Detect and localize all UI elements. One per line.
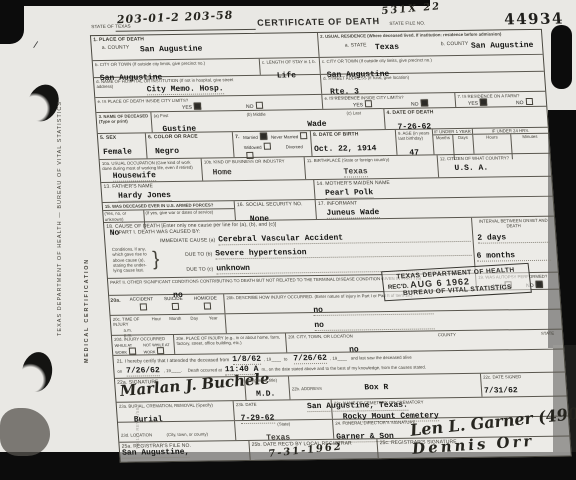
- mother-name-cell: 14. MOTHER'S MAIDEN NAME Pearl Polk: [314, 177, 552, 199]
- place-of-injury-cell: 20e. PLACE OF INJURY (e.g., in or about …: [174, 333, 287, 354]
- margin-medical-certification-vertical-text: MEDICAL CERTIFICATION: [84, 258, 90, 363]
- farm-no-label: NO: [516, 100, 524, 106]
- handwritten-registration-code: 203-01-2 203-58: [116, 9, 234, 27]
- hospital-value: City Memo. Hosp.: [146, 84, 224, 95]
- homicide-label: HOMICIDE: [194, 295, 217, 300]
- burial-state-sub: (State): [237, 421, 330, 428]
- race-value: Negro: [155, 147, 180, 156]
- to-word: to: [284, 356, 288, 361]
- injury-occurred-label: 20d. INJURY OCCURRED: [114, 336, 171, 342]
- armed-forces-cell: 15. WAS DECEASED EVER IN U.S. ARMED FORC…: [103, 201, 236, 222]
- pod-yes-label: YES: [182, 105, 192, 111]
- res-inside-limits-label: e. IS RESIDENCE INSIDE CITY LIMITS?: [324, 94, 452, 101]
- burial-type-cell: 23a. BURIAL, CREMATION, REMOVAL (Specify…: [117, 401, 235, 422]
- ssn-cell: 16. SOCIAL SECURITY NO. None: [235, 200, 317, 220]
- cemetery-label: 23c. NAME OF CEMETERY OR CREMATORY: [334, 398, 565, 407]
- if-under-1-year-cell: IF UNDER 1 YEAR Months Days: [433, 129, 475, 155]
- sex-cell: 5. SEX Female: [98, 133, 148, 159]
- armed-sub2-label: (If yes, give war or dates of service): [145, 210, 233, 217]
- place-of-death-cell: 1. PLACE OF DEATH a. COUNTY San Augustin…: [91, 33, 320, 60]
- length-of-stay-cell: c. LENGTH OF STAY in 1 b. Life: [260, 58, 321, 75]
- race-label: 6. COLOR OR RACE: [148, 133, 230, 140]
- time-of-injury-label: 20c. TIME OF INJURY: [113, 316, 148, 327]
- injury-occurred-cell: 20d. INJURY OCCURRED WHILE AT WORK NOT W…: [112, 335, 175, 355]
- middle-name-label: (b) Middle: [246, 111, 342, 118]
- date-of-death-cell: 4. DATE OF DEATH 7-26-62: [384, 107, 547, 129]
- widowed-label: Widowed: [244, 144, 262, 149]
- birthplace-label: 11. BIRTHPLACE (State or foreign country…: [307, 156, 435, 163]
- state-file-no-label: STATE FILE NO.: [389, 20, 425, 26]
- degree-cell: (Degree or title) M.D.: [245, 376, 291, 400]
- burial-type-label: 23a. BURIAL, CREMATION, REMOVAL (Specify…: [119, 402, 231, 409]
- registrar-file-cell: 25a. REGISTRAR'S FILE NO.: [119, 441, 250, 462]
- burial-location-sub: (City, town, or county): [166, 432, 208, 438]
- interval-a-value: 2 days: [477, 233, 550, 244]
- age-label: 9. AGE (in years last birthday): [398, 130, 431, 141]
- residence-county-value: San Augustine: [471, 41, 534, 51]
- occupation-label: 10a. USUAL OCCUPATION (Give kind of work…: [102, 160, 200, 172]
- due-to-b-value: Severe hypertension: [215, 246, 472, 260]
- residence-county-label: b. COUNTY: [441, 41, 469, 47]
- widowed-checkbox: [263, 142, 270, 149]
- date-signed-cell: 22c. DATE SIGNED 7/31/62: [481, 373, 567, 397]
- burial-location-label: 23d. LOCATION: [121, 432, 153, 437]
- place-city-cell: b. CITY OR TOWN (If outside city limits,…: [93, 59, 261, 77]
- never-married-label: Never Married: [271, 134, 299, 139]
- occupation-cell: 10a. USUAL OCCUPATION (Give kind of work…: [100, 159, 204, 182]
- last-name-cell: (c) Last: [344, 109, 385, 130]
- physician-signature-cell: 22a. SIGNATURE Marlan J. Buchele: [115, 377, 247, 402]
- physician-address-label: 22b. ADDRESS: [292, 386, 322, 391]
- autopsy-no-checkbox: [535, 281, 542, 288]
- never-married-checkbox: [300, 132, 307, 139]
- birthplace-cell: 11. BIRTHPLACE (State or foreign country…: [305, 155, 440, 179]
- place-of-death-heading: 1. PLACE OF DEATH: [93, 34, 315, 43]
- attended-from-date: 1/8/62: [232, 355, 262, 365]
- registrar-file-label: 25a. REGISTRAR'S FILE NO.: [121, 442, 246, 450]
- informant-cell: 17. INFORMANT Juneus Wade: [316, 197, 554, 219]
- injury-location-cell: 20f. CITY, TOWN, OR LOCATION COUNTY STAT…: [286, 330, 563, 353]
- physician-address-line1: Box R: [364, 383, 389, 392]
- armed-sub1-label: (Yes, no, or unknown): [104, 211, 143, 222]
- pod-no-checkbox: [255, 102, 262, 109]
- usual-residence-cell: 2. USUAL RESIDENCE (Where deceased lived…: [318, 30, 543, 57]
- mother-name-value: Pearl Polk: [325, 188, 374, 199]
- ssn-label: 16. SOCIAL SECURITY NO.: [237, 201, 313, 208]
- citizen-label: 12. CITIZEN OF WHAT COUNTRY?: [440, 155, 548, 162]
- date-of-death-label: 4. DATE OF DEATH: [386, 108, 544, 116]
- divorced-label: Divorced: [286, 144, 303, 149]
- accident-label: ACCIDENT: [129, 296, 153, 301]
- conditions-note: Conditions, if any, which gave rise to a…: [108, 246, 154, 276]
- date-signed-label: 22c. DATE SIGNED: [483, 374, 563, 380]
- place-of-injury-label: 20e. PLACE OF INJURY (e.g., in or about …: [176, 334, 284, 346]
- date-signed-value: 7/31/62: [484, 387, 518, 396]
- form-grid: 1. PLACE OF DEATH a. COUNTY San Augustin…: [90, 29, 572, 463]
- street-address-cell: d. STREET ADDRESS (If rural, give locati…: [321, 72, 545, 94]
- pod-yes-checkbox: [194, 103, 201, 110]
- if-under-24-hrs-cell: IF UNDER 24 HRS. Hours Minutes: [473, 128, 550, 154]
- residence-farm-cell: 7. IS RESIDENCE ON A FARM? YES NO: [455, 92, 546, 107]
- marital-label: 7.: [235, 134, 240, 140]
- time-of-injury-value: no: [314, 319, 435, 331]
- pen-tick: /: [32, 40, 38, 51]
- immediate-cause-label: IMMEDIATE CAUSE (a): [107, 237, 218, 245]
- last-name-label: (c) Last: [346, 110, 381, 116]
- scanned-death-certificate: { "header": { "state_of": "STATE OF TEXA…: [0, 0, 576, 480]
- burial-location-cell: 23d. LOCATION (City, town, or county) Sa…: [118, 421, 236, 442]
- married-label: Married: [243, 135, 258, 140]
- residence-state-value: Texas: [375, 43, 400, 52]
- year-blank-3: , 19____.: [164, 368, 182, 374]
- accident-suicide-homicide-cell: 20a. ACCIDENT SUICIDE HOMICIDE: [109, 294, 225, 315]
- degree-value: M.D.: [256, 390, 276, 399]
- residence-state-label: a. STATE: [345, 42, 367, 48]
- sex-value: Female: [103, 148, 132, 157]
- scan-edge-right-blob: [551, 25, 572, 89]
- farm-yes-label: YES: [468, 101, 478, 107]
- business-value: Home: [212, 168, 232, 177]
- hole-punch-bottom: [19, 350, 55, 395]
- time-of-injury-cell: 20c. TIME OF INJURY a.m. p.m. Hour Month…: [111, 314, 227, 335]
- occupation-value: Housewife: [112, 171, 156, 182]
- residence-city-label: c. CITY OR TOWN (If outside city limits,…: [322, 56, 541, 64]
- usual-residence-heading: 2. USUAL RESIDENCE (Where deceased lived…: [320, 31, 539, 39]
- farm-yes-checkbox: [480, 99, 487, 106]
- street-address-label: d. STREET ADDRESS (If rural, give locati…: [323, 73, 542, 81]
- scan-edge-top-left-corner: [0, 0, 24, 44]
- last-seen-date: 7/26/62: [126, 366, 160, 376]
- father-name-value: Hardy Jones: [118, 191, 172, 202]
- due-to-b-label: DUE TO (b): [160, 251, 215, 258]
- last-name-value: Wade: [307, 120, 327, 129]
- injury-location-value: no: [349, 346, 359, 355]
- suicide-label: SUICIDE: [164, 296, 183, 301]
- citizen-cell: 12. CITIZEN OF WHAT COUNTRY? U.S. A.: [438, 154, 552, 178]
- date-of-birth-label: 8. DATE OF BIRTH: [313, 131, 393, 138]
- first-name-label: (a) First: [153, 112, 242, 119]
- county-value: San Augustine: [140, 45, 203, 55]
- margin-agency-vertical-text: TEXAS DEPARTMENT OF HEALTH — BUREAU OF V…: [57, 101, 63, 336]
- physician-address-cell: 22b. ADDRESS Box R San Augustine, Texas.: [289, 374, 483, 400]
- scan-smudge-bottom-left: [0, 408, 50, 456]
- father-name-cell: 13. FATHER'S NAME Hardy Jones: [101, 180, 315, 202]
- sex-label: 5. SEX: [100, 134, 143, 141]
- res-yes-label: YES: [353, 102, 363, 108]
- form-title: CERTIFICATE OF DEATH: [257, 16, 380, 28]
- degree-label: (Degree or title): [247, 377, 286, 383]
- handwritten-file-code: 531X 22: [381, 1, 442, 17]
- date-of-birth-cell: 8. DATE OF BIRTH Oct. 22, 1914: [311, 130, 398, 156]
- length-of-stay-label: c. LENGTH OF STAY in 1 b.: [262, 59, 317, 65]
- homicide-checkbox: [203, 302, 210, 309]
- burial-date-label: 23b. DATE: [236, 401, 329, 408]
- pod-inside-limits-label: e. IS PLACE OF DEATH INSIDE CITY LIMITS?: [97, 96, 319, 104]
- certificate-number: 44934: [504, 10, 565, 29]
- hospital-cell: d. NAME OF HOSPITAL OR INSTITUTION (If n…: [94, 75, 322, 97]
- suicide-checkbox: [171, 303, 178, 310]
- accident-checkbox: [139, 303, 146, 310]
- business-cell: 10b. KIND OF BUSINESS OR INDUSTRY Home: [202, 157, 307, 180]
- certify-text-3: m., on the date stated above and to the …: [261, 364, 426, 372]
- header-rule: [116, 29, 256, 32]
- residence-city-cell: c. CITY OR TOWN (If outside city limits,…: [320, 55, 544, 74]
- father-name-label: 13. FATHER'S NAME: [103, 181, 311, 190]
- res-no-checkbox: [420, 99, 427, 106]
- county-label: a. COUNTY: [102, 45, 130, 51]
- race-cell: 6. COLOR OR RACE Negro: [146, 132, 235, 158]
- while-work-checkbox: [129, 348, 136, 355]
- age-cell: 9. AGE (in years last birthday) 47: [396, 129, 435, 154]
- burial-state-cell: (State) Texas: [235, 420, 334, 440]
- business-label: 10b. KIND OF BUSINESS OR INDUSTRY: [204, 158, 302, 165]
- res-inside-limits-cell: e. IS RESIDENCE INSIDE CITY LIMITS? YES …: [322, 93, 456, 109]
- certificate-sheet: STATE OF TEXAS 203-01-2 203-58 CERTIFICA…: [88, 2, 572, 463]
- middle-name-cell: (b) Middle Wade: [244, 110, 345, 131]
- injury-county-label: COUNTY: [438, 332, 457, 338]
- year-blank-1: , 19____: [264, 357, 281, 363]
- interval-b-value: 6 months: [476, 251, 551, 262]
- farm-no-checkbox: [525, 98, 532, 105]
- informant-value: Juneus Wade: [326, 208, 380, 219]
- marital-status-cell: 7. Married Never Married Widowed Divorce…: [233, 131, 313, 157]
- injury-state-label: STATE: [541, 331, 561, 337]
- name-of-deceased-label: 3. NAME OF DECEASED (Type or print): [98, 113, 149, 124]
- burial-date-cell: 23b. DATE 7-29-62: [234, 400, 333, 420]
- informant-label: 17. INFORMANT: [318, 198, 551, 207]
- res-no-label: NO: [411, 102, 419, 108]
- citizen-value: U.S. A.: [454, 164, 488, 173]
- injury-location-label: 20f. CITY, TOWN, OR LOCATION: [288, 333, 353, 339]
- not-while-work-checkbox: [157, 347, 164, 354]
- item-20a-label: 20a.: [110, 298, 121, 304]
- pod-no-label: NO: [246, 104, 254, 110]
- on-word: on: [117, 369, 122, 374]
- first-name-cell: (a) First Gustine: [151, 111, 245, 132]
- registrar-signature-cell: 25c. REGISTRAR'S SIGNATURE Dennis Orr: [377, 436, 570, 458]
- interval-heading: INTERVAL BETWEEN ONSET AND DEATH: [474, 218, 553, 230]
- death-occurred-label: Death occurred at: [188, 367, 223, 373]
- place-city-label: b. CITY OR TOWN (If outside city limits,…: [95, 60, 257, 68]
- name-of-deceased-cell: 3. NAME OF DECEASED (Type or print): [96, 112, 152, 133]
- registrar-received-cell: 25b. DATE REC'D BY LOCAL REGISTRAR 7-31-…: [249, 439, 378, 460]
- date-of-birth-value: Oct. 22, 1914: [314, 144, 377, 154]
- married-checkbox: [259, 133, 266, 140]
- due-to-c-label: DUE TO (c): [161, 266, 216, 273]
- res-yes-checkbox: [365, 100, 372, 107]
- birthplace-value: Texas: [343, 167, 368, 177]
- mother-name-label: 14. MOTHER'S MAIDEN NAME: [316, 178, 549, 187]
